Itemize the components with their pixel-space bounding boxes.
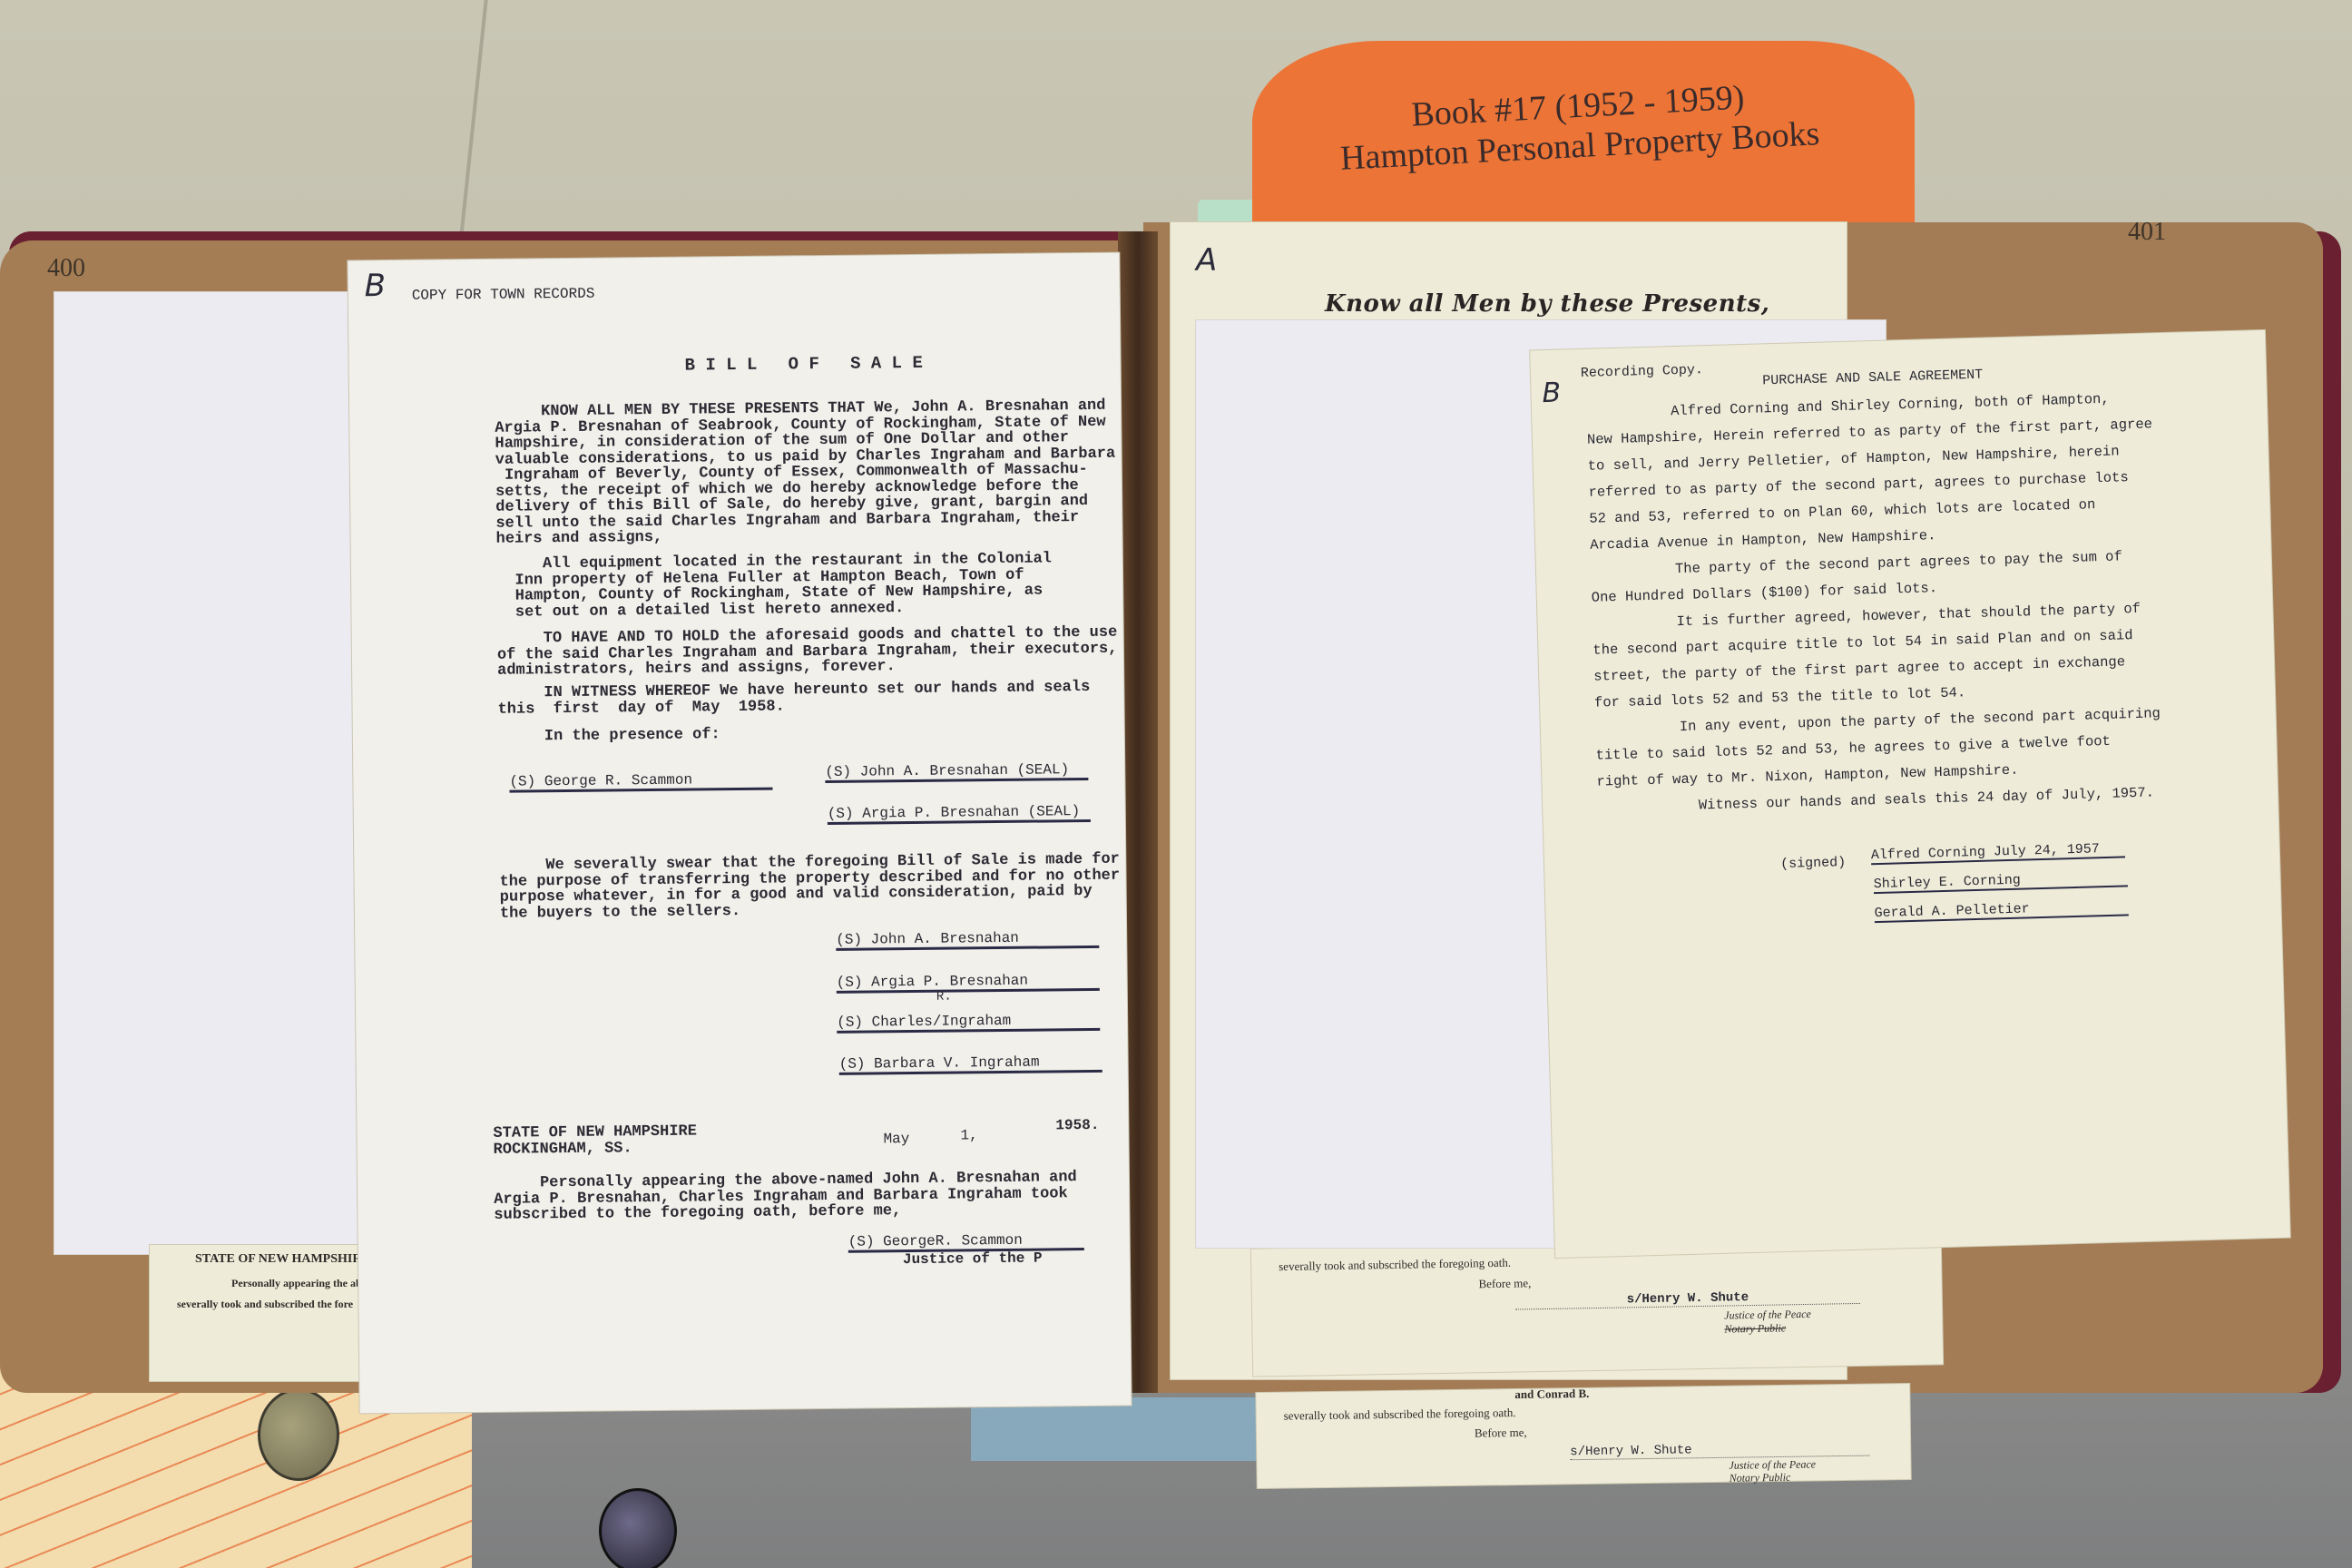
agreement-line: Alfred Corning and Shirley Corning, both… — [1586, 391, 2110, 422]
agreement-line: referred to as party of the second part,… — [1588, 469, 2129, 501]
justice-title: Justice of the P — [903, 1250, 1043, 1269]
seller-signature-1: (S) John A. Bresnahan (SEAL) — [825, 761, 1088, 783]
justice-signature: (S) GeorgeR. Scammon — [848, 1231, 1084, 1253]
agreement-line: Witness our hands and seals this 24 day … — [1597, 784, 2154, 816]
recording-copy-label: Recording Copy. — [1581, 362, 1703, 381]
oath-signature-1: (S) John A. Bresnahan — [836, 929, 1099, 951]
agreement-line: The party of the second part agrees to p… — [1591, 548, 2122, 579]
signature-shirley-corning: Shirley E. Corning — [1874, 869, 2128, 894]
left-page-number: 400 — [47, 254, 85, 283]
notary-slip-upper: severally took and subscribed the forego… — [1251, 1237, 1943, 1376]
acknowledgment: Personally appearing the above-named Joh… — [494, 1170, 1077, 1223]
witness-signature: (S) George R. Scammon — [509, 771, 772, 793]
agreement-line: In any event, upon the party of the seco… — [1595, 705, 2161, 737]
agreement-line: 52 and 53, referred to on Plan 60, which… — [1589, 496, 2095, 527]
agreement-line: It is further agreed, however, that shou… — [1592, 601, 2141, 632]
bill-of-sale-title: B I L L O F S A L E — [684, 353, 922, 376]
venue: STATE OF NEW HAMPSHIRE ROCKINGHAM, SS. — [493, 1124, 697, 1158]
notary-title: Justice of the Peace — [1724, 1308, 1811, 1323]
agreement-line: One Hundred Dollars ($100) for said lots… — [1592, 580, 1938, 606]
notary-before: Before me, — [1478, 1276, 1531, 1291]
oath-signature-2: (S) Argia P. Bresnahan — [837, 972, 1100, 994]
presence-label: In the presence of: — [498, 727, 720, 745]
seller-signature-2: (S) Argia P. Bresnahan (SEAL) — [828, 803, 1091, 825]
know-all-men-title: Know all Men by these Presents, — [1325, 290, 1769, 318]
notary-title-struck: Notary Public — [1724, 1321, 1786, 1336]
agreement-title: PURCHASE AND SALE AGREEMENT — [1762, 367, 1983, 389]
date-month: May — [883, 1131, 909, 1147]
bos-para-4: IN WITNESS WHEREOF We have hereunto set … — [497, 680, 1090, 718]
notary-before: Before me, — [1475, 1426, 1527, 1441]
charles-initial: R. — [936, 990, 952, 1004]
notary-oath: severally took and subscribed the forego… — [1284, 1406, 1516, 1424]
bos-para-2: All equipment located in the restaurant … — [496, 551, 1053, 620]
signed-label: (signed) — [1780, 855, 1846, 872]
oath-paragraph: We severally swear that the foregoing Bi… — [499, 852, 1120, 922]
notary-prefix: and Conrad B. — [1514, 1387, 1589, 1402]
signature-gerald-pelletier: Gerald A. Pelletier — [1874, 898, 2128, 923]
purchase-sale-agreement: B Recording Copy. PURCHASE AND SALE AGRE… — [1530, 330, 2290, 1258]
binder-clip-icon — [599, 1488, 677, 1568]
signature-alfred-corning: Alfred Corning July 24, 1957 — [1871, 840, 2125, 865]
agreement-line: right of way to Mr. Nixon, Hampton, New … — [1596, 762, 2018, 790]
bos-para-3: TO HAVE AND TO HOLD the aforesaid goods … — [497, 625, 1118, 680]
agreement-line: New Hampshire, Herein referred to as par… — [1587, 416, 2152, 447]
date-day: 1, — [960, 1127, 977, 1143]
bill-of-sale-document: B COPY FOR TOWN RECORDS B I L L O F S A … — [348, 253, 1131, 1414]
oath-signature-3: (S) Charles/Ingraham — [837, 1012, 1100, 1034]
marker-a-icon: A — [1196, 242, 1217, 279]
copy-header: COPY FOR TOWN RECORDS — [412, 286, 595, 304]
notary-title-2: Notary Public — [1730, 1471, 1791, 1485]
agreement-line: title to said lots 52 and 53, he agrees … — [1595, 733, 2111, 764]
marker-b-icon: B — [364, 268, 386, 304]
agreement-line: to sell, and Jerry Pelletier, of Hampton… — [1588, 443, 2120, 474]
notary-slip-lower: and Conrad B. severally took and subscri… — [1256, 1384, 1910, 1488]
notary-line: severally took and subscribed the fore — [177, 1298, 353, 1311]
agreement-line: the second part acquire title to lot 54 … — [1592, 627, 2133, 659]
agreement-line: Arcadia Avenue in Hampton, New Hampshire… — [1590, 527, 1936, 554]
notary-oath: severally took and subscribed the forego… — [1279, 1256, 1511, 1274]
agreement-line: street, the party of the first part agre… — [1593, 653, 2125, 684]
date-year: 1958. — [1055, 1117, 1099, 1134]
oath-signature-4: (S) Barbara V. Ingraham — [839, 1053, 1102, 1075]
right-page-number: 401 — [2128, 218, 2166, 247]
agreement-line: for said lots 52 and 53 the title to lot… — [1594, 684, 1966, 710]
marker-b-icon: B — [1542, 377, 1562, 410]
bos-para-1: KNOW ALL MEN BY THESE PRESENTS THAT We, … — [495, 398, 1116, 548]
notary-signature: s/Henry W. Shute — [1570, 1441, 1869, 1461]
patterned-clip-icon — [258, 1388, 339, 1481]
